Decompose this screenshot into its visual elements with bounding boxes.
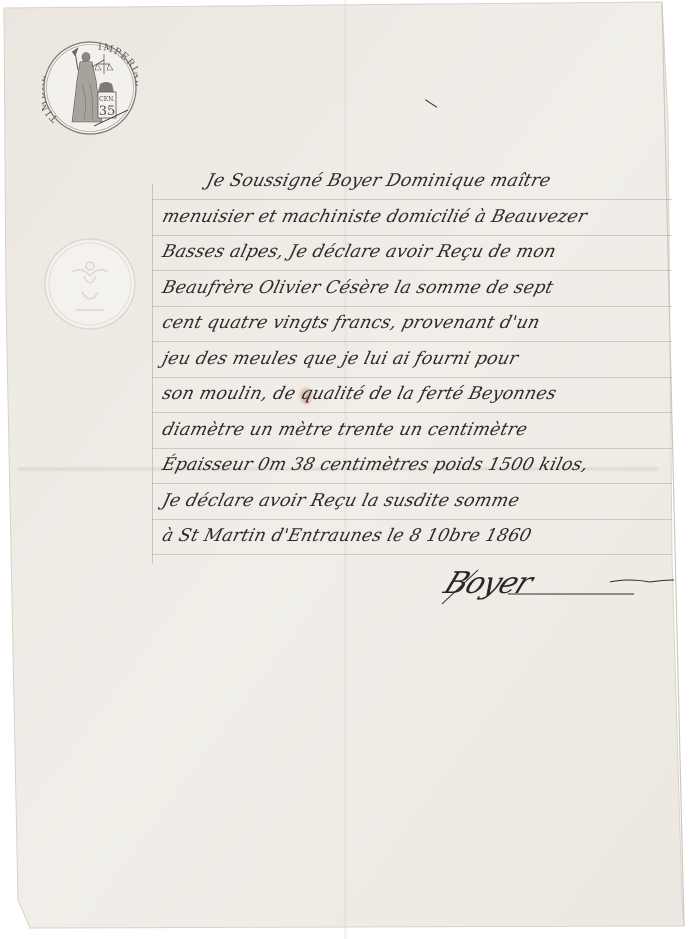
text-line-2: menuisier et machiniste domicilié à Beau… xyxy=(152,200,681,236)
text-line-4: Beaufrère Olivier Césère la somme de sep… xyxy=(152,271,681,307)
receipt-body: Je Soussigné Boyer Dominique maître menu… xyxy=(152,164,672,555)
text-line-8: diamètre un mètre trente un centimètre xyxy=(152,413,681,449)
stamp-denomination-label: CEN. xyxy=(99,96,115,103)
text-line-11: à St Martin d'Entraunes le 8 10bre 1860 xyxy=(152,519,681,555)
timbre-imperial-stamp: TIMBRE IMPERIAL CEN. xyxy=(42,40,138,136)
text-line-1: Je Soussigné Boyer Dominique maître xyxy=(152,164,681,200)
text-line-5: cent quatre vingts francs, provenant d'u… xyxy=(152,306,681,342)
text-line-6: jeu des meules que je lui ai fourni pour xyxy=(152,342,681,378)
text-line-10: Je déclare avoir Reçu la susdite somme xyxy=(152,484,681,520)
document-page: TIMBRE IMPERIAL CEN. xyxy=(0,0,700,939)
signature-flourish-icon xyxy=(438,560,678,610)
signature: Boyer xyxy=(438,560,678,610)
text-line-9: Épaisseur 0m 38 centimètres poids 1500 k… xyxy=(152,448,681,484)
text-line-3: Basses alpes, Je déclare avoir Reçu de m… xyxy=(152,235,681,271)
embossed-seal xyxy=(42,236,138,332)
text-line-7: son moulin, de qualité de la ferté Beyon… xyxy=(152,377,681,413)
